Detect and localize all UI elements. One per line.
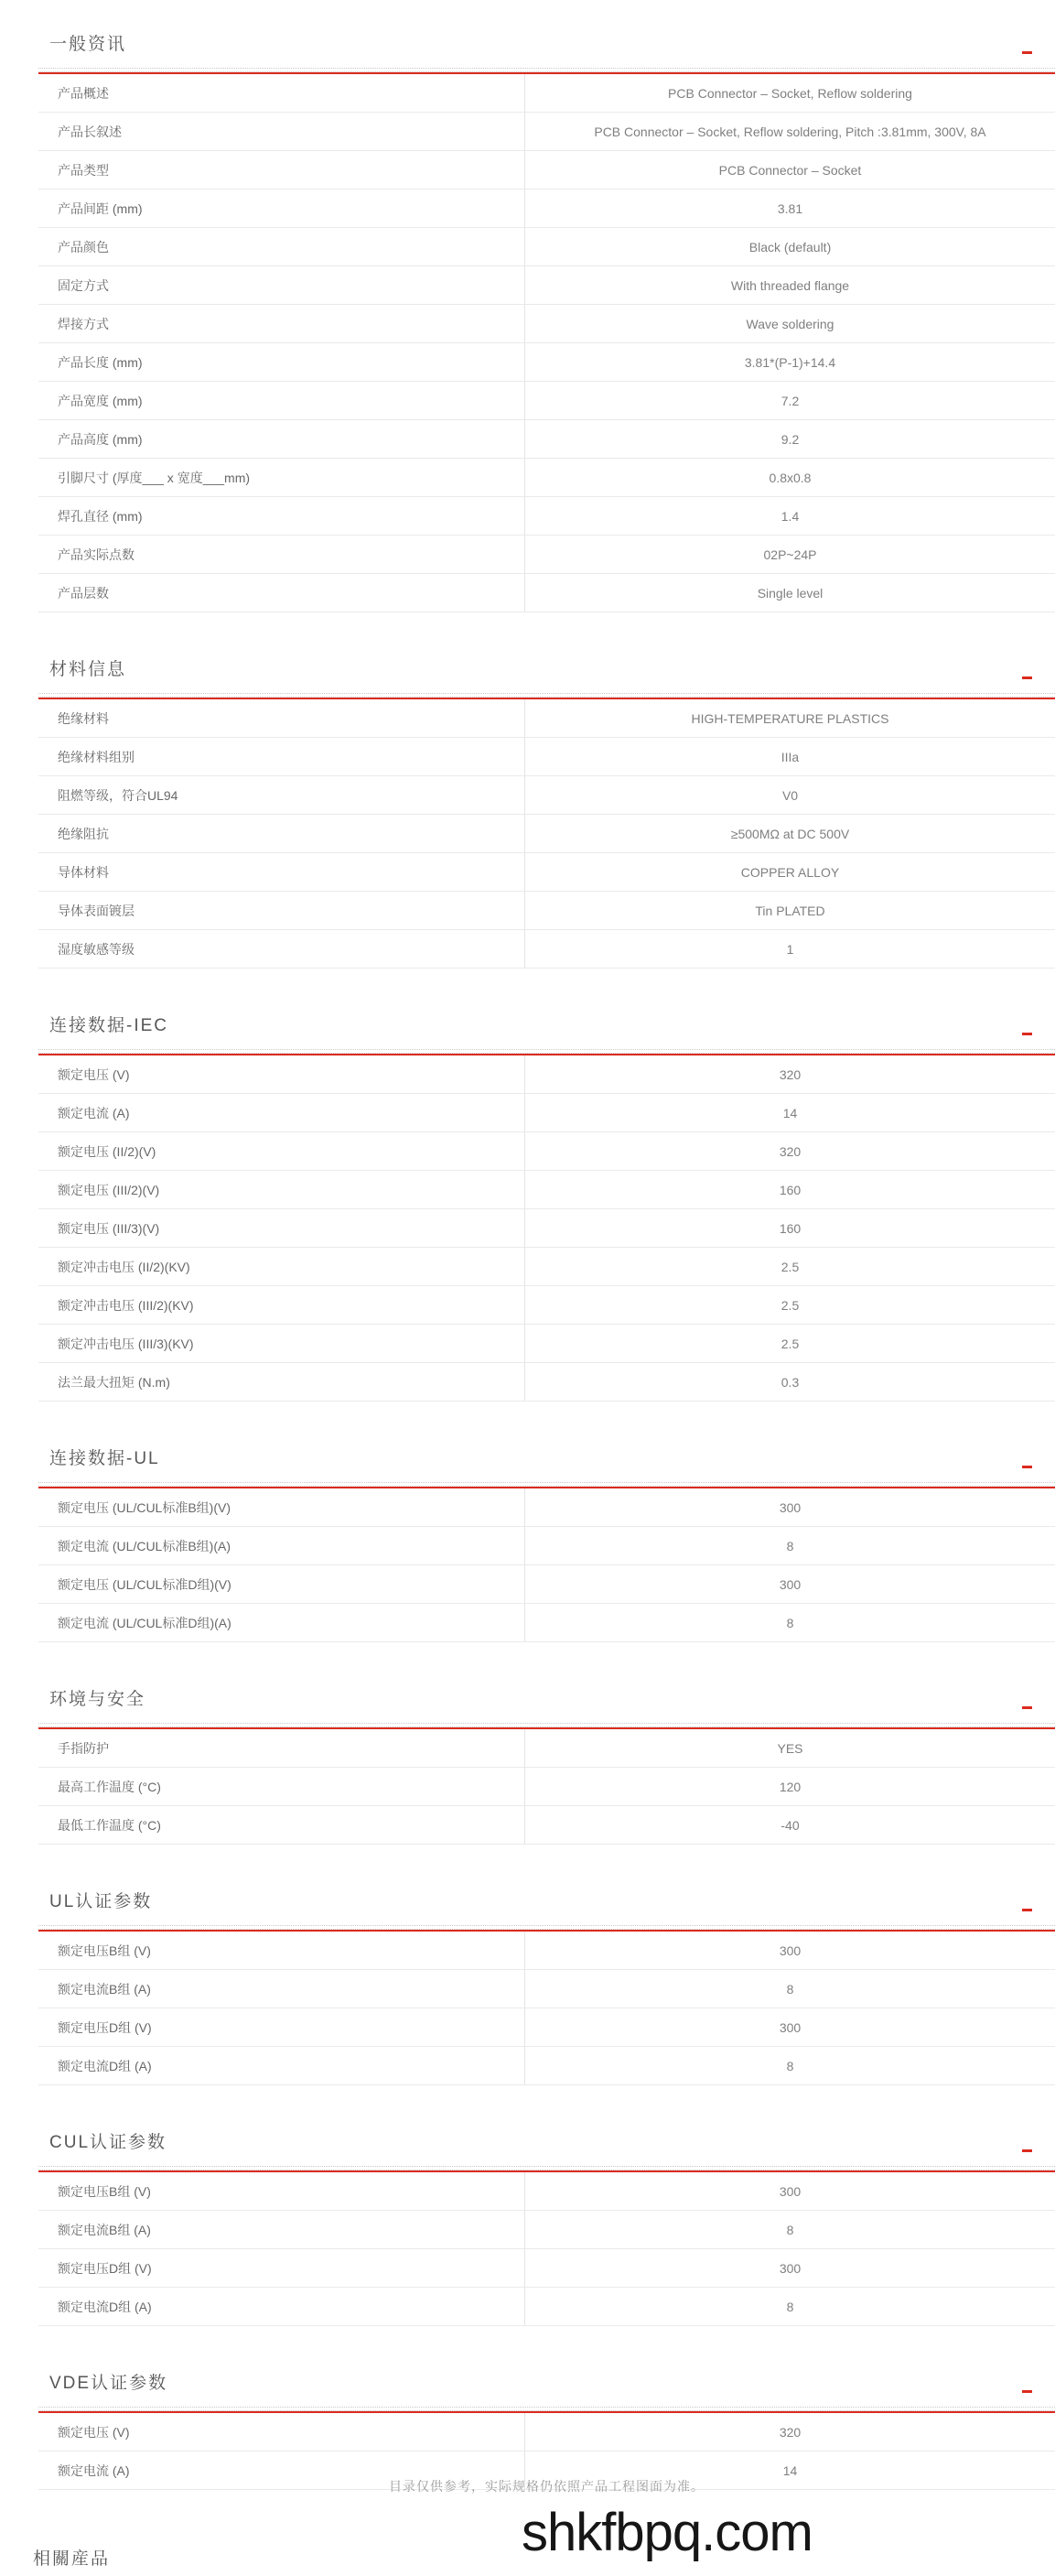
- spec-table: 额定电压 (UL/CUL标准B组)(V) 300 额定电流 (UL/CUL标准B…: [38, 1488, 1055, 1642]
- section-title: CUL认证参数: [49, 2131, 1055, 2155]
- spec-table: 额定电压B组 (V) 300 额定电流B组 (A) 8 额定电压D组 (V) 3…: [38, 1932, 1055, 2085]
- row-value: 0.8x0.8: [525, 459, 1055, 496]
- collapse-section-button[interactable]: [1020, 1027, 1033, 1040]
- row-value: PCB Connector – Socket, Reflow soldering: [525, 74, 1055, 112]
- row-value: 7.2: [525, 382, 1055, 419]
- table-row: 额定电压 (III/3)(V) 160: [38, 1209, 1055, 1248]
- row-label: 阻燃等级，符合UL94: [38, 776, 525, 814]
- table-row: 绝缘材料 HIGH-TEMPERATURE PLASTICS: [38, 699, 1055, 738]
- row-value: 1: [525, 930, 1055, 968]
- row-label: 额定电压 (II/2)(V): [38, 1132, 525, 1170]
- table-row: 引脚尺寸 (厚度___ x 宽度___mm) 0.8x0.8: [38, 459, 1055, 497]
- row-label: 固定方式: [38, 266, 525, 304]
- table-row: 产品颜色 Black (default): [38, 228, 1055, 266]
- row-value: 300: [525, 1932, 1055, 1969]
- row-label: 额定电压B组 (V): [38, 2172, 525, 2210]
- row-value: 1.4: [525, 497, 1055, 535]
- row-label: 绝缘材料组别: [38, 738, 525, 775]
- table-row: 阻燃等级，符合UL94 V0: [38, 776, 1055, 815]
- row-value: 120: [525, 1768, 1055, 1805]
- row-label: 额定电压 (UL/CUL标准B组)(V): [38, 1488, 525, 1526]
- spec-table: 产品概述 PCB Connector – Socket, Reflow sold…: [38, 74, 1055, 612]
- row-label: 法兰最大扭矩 (N.m): [38, 1363, 525, 1401]
- row-value: PCB Connector – Socket, Reflow soldering…: [525, 113, 1055, 150]
- section-title: 一般资讯: [49, 33, 1055, 57]
- row-label: 导体材料: [38, 853, 525, 891]
- spec-section-environment-safety: 环境与安全 手指防护 YES 最高工作温度 (°C) 120 最低工作温度 (°…: [38, 1688, 1055, 1845]
- product-spec-page: { "ui": { "accent_red": "#db2a1e", "coll…: [0, 0, 1055, 2576]
- row-value: 300: [525, 2172, 1055, 2210]
- row-value: 300: [525, 1488, 1055, 1526]
- row-label: 手指防护: [38, 1729, 525, 1767]
- row-value: Black (default): [525, 228, 1055, 265]
- row-value: 3.81*(P-1)+14.4: [525, 343, 1055, 381]
- row-value: 8: [525, 2288, 1055, 2325]
- table-row: 额定电压D组 (V) 300: [38, 2249, 1055, 2288]
- row-label: 额定电流B组 (A): [38, 2211, 525, 2248]
- row-label: 产品层数: [38, 574, 525, 612]
- row-value: PCB Connector – Socket: [525, 151, 1055, 189]
- table-row: 产品宽度 (mm) 7.2: [38, 382, 1055, 420]
- table-row: 额定电流B组 (A) 8: [38, 1970, 1055, 2008]
- row-label: 产品间距 (mm): [38, 189, 525, 227]
- table-row: 产品长叙述 PCB Connector – Socket, Reflow sol…: [38, 113, 1055, 151]
- row-label: 产品高度 (mm): [38, 420, 525, 458]
- row-value: HIGH-TEMPERATURE PLASTICS: [525, 699, 1055, 737]
- row-label: 绝缘阻抗: [38, 815, 525, 852]
- row-value: YES: [525, 1729, 1055, 1767]
- row-value: 8: [525, 1604, 1055, 1641]
- row-value: 300: [525, 2008, 1055, 2046]
- collapse-section-button[interactable]: [1020, 1903, 1033, 1916]
- spec-section-general-info: 一般资讯 产品概述 PCB Connector – Socket, Reflow…: [38, 33, 1055, 612]
- row-value: 3.81: [525, 189, 1055, 227]
- section-header: 环境与安全: [38, 1688, 1055, 1723]
- row-label: 产品概述: [38, 74, 525, 112]
- spec-table: 手指防护 YES 最高工作温度 (°C) 120 最低工作温度 (°C) -40: [38, 1729, 1055, 1845]
- row-label: 额定电压 (III/2)(V): [38, 1171, 525, 1208]
- row-label: 额定电压 (III/3)(V): [38, 1209, 525, 1247]
- row-value: ≥500MΩ at DC 500V: [525, 815, 1055, 852]
- row-label: 产品颜色: [38, 228, 525, 265]
- minus-icon: [1022, 1033, 1032, 1035]
- table-row: 绝缘材料组别 IIIa: [38, 738, 1055, 776]
- row-label: 额定电压B组 (V): [38, 1932, 525, 1969]
- table-row: 额定电压D组 (V) 300: [38, 2008, 1055, 2047]
- collapse-section-button[interactable]: [1020, 2144, 1033, 2157]
- row-label: 额定电流 (A): [38, 1094, 525, 1131]
- row-value: -40: [525, 1806, 1055, 1844]
- table-row: 额定冲击电压 (III/2)(KV) 2.5: [38, 1286, 1055, 1325]
- spec-table: 绝缘材料 HIGH-TEMPERATURE PLASTICS 绝缘材料组别 II…: [38, 699, 1055, 969]
- table-row: 固定方式 With threaded flange: [38, 266, 1055, 305]
- table-row: 最高工作温度 (°C) 120: [38, 1768, 1055, 1806]
- row-value: V0: [525, 776, 1055, 814]
- table-row: 产品概述 PCB Connector – Socket, Reflow sold…: [38, 74, 1055, 113]
- row-value: 160: [525, 1209, 1055, 1247]
- row-value: 8: [525, 2047, 1055, 2084]
- row-label: 产品类型: [38, 151, 525, 189]
- section-header: CUL认证参数: [38, 2131, 1055, 2166]
- table-row: 额定冲击电压 (II/2)(KV) 2.5: [38, 1248, 1055, 1286]
- spec-section-connection-data-iec: 连接数据-IEC 额定电压 (V) 320 额定电流 (A) 14 额定电压 (…: [38, 1014, 1055, 1402]
- row-value: Single level: [525, 574, 1055, 612]
- table-row: 焊孔直径 (mm) 1.4: [38, 497, 1055, 536]
- table-row: 额定电压 (III/2)(V) 160: [38, 1171, 1055, 1209]
- row-label: 额定电压D组 (V): [38, 2249, 525, 2287]
- table-row: 额定电压 (II/2)(V) 320: [38, 1132, 1055, 1171]
- table-row: 额定电压B组 (V) 300: [38, 2172, 1055, 2211]
- row-label: 额定电压D组 (V): [38, 2008, 525, 2046]
- disclaimer-note: 目录仅供参考，实际规格仍依照产品工程图面为准。: [38, 2477, 1055, 2495]
- table-row: 导体材料 COPPER ALLOY: [38, 853, 1055, 892]
- spec-section-ul-cert-params: UL认证参数 额定电压B组 (V) 300 额定电流B组 (A) 8 额定电压D…: [38, 1890, 1055, 2085]
- row-value: 8: [525, 1970, 1055, 2008]
- table-row: 手指防护 YES: [38, 1729, 1055, 1768]
- row-label: 额定电流 (UL/CUL标准D组)(A): [38, 1604, 525, 1641]
- table-row: 额定电流 (A) 14: [38, 1094, 1055, 1132]
- section-title: 连接数据-UL: [49, 1447, 1055, 1471]
- row-label: 额定电压 (V): [38, 1055, 525, 1093]
- section-header: 连接数据-UL: [38, 1447, 1055, 1482]
- table-row: 产品间距 (mm) 3.81: [38, 189, 1055, 228]
- minus-icon: [1022, 1909, 1032, 1911]
- minus-icon: [1022, 1466, 1032, 1468]
- row-label: 最低工作温度 (°C): [38, 1806, 525, 1844]
- row-label: 产品长度 (mm): [38, 343, 525, 381]
- section-title: 环境与安全: [49, 1688, 1055, 1712]
- row-value: 320: [525, 2413, 1055, 2451]
- minus-icon: [1022, 2149, 1032, 2152]
- row-value: IIIa: [525, 738, 1055, 775]
- row-label: 额定冲击电压 (III/2)(KV): [38, 1286, 525, 1324]
- table-row: 法兰最大扭矩 (N.m) 0.3: [38, 1363, 1055, 1402]
- row-value: 300: [525, 2249, 1055, 2287]
- row-value: 2.5: [525, 1325, 1055, 1362]
- table-row: 额定电流B组 (A) 8: [38, 2211, 1055, 2249]
- spec-table: 额定电压B组 (V) 300 额定电流B组 (A) 8 额定电压D组 (V) 3…: [38, 2172, 1055, 2326]
- spec-sections: 一般资讯 产品概述 PCB Connector – Socket, Reflow…: [38, 33, 1055, 2490]
- section-header: 一般资讯: [38, 33, 1055, 68]
- section-title: VDE认证参数: [49, 2372, 1055, 2396]
- related-products-title: 相關産品: [33, 2548, 110, 2571]
- row-value: 9.2: [525, 420, 1055, 458]
- table-row: 最低工作温度 (°C) -40: [38, 1806, 1055, 1845]
- row-label: 额定电压 (UL/CUL标准D组)(V): [38, 1565, 525, 1603]
- row-value: 2.5: [525, 1248, 1055, 1285]
- row-value: With threaded flange: [525, 266, 1055, 304]
- row-value: 160: [525, 1171, 1055, 1208]
- table-row: 产品高度 (mm) 9.2: [38, 420, 1055, 459]
- minus-icon: [1022, 1706, 1032, 1709]
- spec-section-material-info: 材料信息 绝缘材料 HIGH-TEMPERATURE PLASTICS 绝缘材料…: [38, 658, 1055, 969]
- table-row: 额定电流D组 (A) 8: [38, 2288, 1055, 2326]
- spec-section-cul-cert-params: CUL认证参数 额定电压B组 (V) 300 额定电流B组 (A) 8 额定电压…: [38, 2131, 1055, 2326]
- row-value: COPPER ALLOY: [525, 853, 1055, 891]
- row-label: 焊孔直径 (mm): [38, 497, 525, 535]
- section-title: UL认证参数: [49, 1890, 1055, 1914]
- row-label: 额定电流D组 (A): [38, 2288, 525, 2325]
- minus-icon: [1022, 51, 1032, 54]
- table-row: 额定电流D组 (A) 8: [38, 2047, 1055, 2085]
- row-label: 额定冲击电压 (III/3)(KV): [38, 1325, 525, 1362]
- table-row: 额定电流 (UL/CUL标准D组)(A) 8: [38, 1604, 1055, 1642]
- row-value: 8: [525, 2211, 1055, 2248]
- table-row: 导体表面镀层 Tin PLATED: [38, 892, 1055, 930]
- collapse-section-button[interactable]: [1020, 2385, 1033, 2397]
- table-row: 产品层数 Single level: [38, 574, 1055, 612]
- section-header: UL认证参数: [38, 1890, 1055, 1925]
- table-row: 额定电压 (UL/CUL标准B组)(V) 300: [38, 1488, 1055, 1527]
- row-label: 产品实际点数: [38, 536, 525, 573]
- row-label: 额定电压 (V): [38, 2413, 525, 2451]
- table-row: 额定电压 (V) 320: [38, 1055, 1055, 1094]
- row-value: 8: [525, 1527, 1055, 1564]
- table-row: 绝缘阻抗 ≥500MΩ at DC 500V: [38, 815, 1055, 853]
- row-value: 0.3: [525, 1363, 1055, 1401]
- section-header: VDE认证参数: [38, 2372, 1055, 2407]
- row-label: 湿度敏感等级: [38, 930, 525, 968]
- minus-icon: [1022, 676, 1032, 679]
- table-row: 额定电压B组 (V) 300: [38, 1932, 1055, 1970]
- row-value: Wave soldering: [525, 305, 1055, 342]
- row-label: 产品长叙述: [38, 113, 525, 150]
- section-title: 材料信息: [49, 658, 1055, 682]
- section-title: 连接数据-IEC: [49, 1014, 1055, 1038]
- table-row: 额定电压 (V) 320: [38, 2413, 1055, 2452]
- table-row: 焊接方式 Wave soldering: [38, 305, 1055, 343]
- table-row: 额定电流 (UL/CUL标准B组)(A) 8: [38, 1527, 1055, 1565]
- row-value: 02P~24P: [525, 536, 1055, 573]
- row-label: 导体表面镀层: [38, 892, 525, 929]
- row-value: 2.5: [525, 1286, 1055, 1324]
- spec-section-vde-cert-params: VDE认证参数 额定电压 (V) 320 额定电流 (A) 14: [38, 2372, 1055, 2490]
- row-label: 产品宽度 (mm): [38, 382, 525, 419]
- table-row: 湿度敏感等级 1: [38, 930, 1055, 969]
- table-row: 额定冲击电压 (III/3)(KV) 2.5: [38, 1325, 1055, 1363]
- row-label: 最高工作温度 (°C): [38, 1768, 525, 1805]
- collapse-section-button[interactable]: [1020, 1701, 1033, 1714]
- row-label: 焊接方式: [38, 305, 525, 342]
- spec-table: 额定电压 (V) 320 额定电流 (A) 14 额定电压 (II/2)(V) …: [38, 1055, 1055, 1402]
- row-label: 引脚尺寸 (厚度___ x 宽度___mm): [38, 459, 525, 496]
- watermark-text: shkfbpq.com: [522, 2505, 813, 2561]
- table-row: 产品实际点数 02P~24P: [38, 536, 1055, 574]
- table-row: 产品长度 (mm) 3.81*(P-1)+14.4: [38, 343, 1055, 382]
- row-label: 额定电流D组 (A): [38, 2047, 525, 2084]
- row-value: 300: [525, 1565, 1055, 1603]
- row-label: 绝缘材料: [38, 699, 525, 737]
- section-header: 连接数据-IEC: [38, 1014, 1055, 1049]
- collapse-section-button[interactable]: [1020, 1460, 1033, 1473]
- row-value: Tin PLATED: [525, 892, 1055, 929]
- row-label: 额定电流 (UL/CUL标准B组)(A): [38, 1527, 525, 1564]
- row-value: 320: [525, 1055, 1055, 1093]
- table-row: 额定电压 (UL/CUL标准D组)(V) 300: [38, 1565, 1055, 1604]
- collapse-section-button[interactable]: [1020, 46, 1033, 59]
- row-value: 320: [525, 1132, 1055, 1170]
- collapse-section-button[interactable]: [1020, 671, 1033, 684]
- minus-icon: [1022, 2390, 1032, 2393]
- table-row: 产品类型 PCB Connector – Socket: [38, 151, 1055, 189]
- section-header: 材料信息: [38, 658, 1055, 693]
- row-label: 额定冲击电压 (II/2)(KV): [38, 1248, 525, 1285]
- row-label: 额定电流B组 (A): [38, 1970, 525, 2008]
- row-value: 14: [525, 1094, 1055, 1131]
- spec-section-connection-data-ul: 连接数据-UL 额定电压 (UL/CUL标准B组)(V) 300 额定电流 (U…: [38, 1447, 1055, 1642]
